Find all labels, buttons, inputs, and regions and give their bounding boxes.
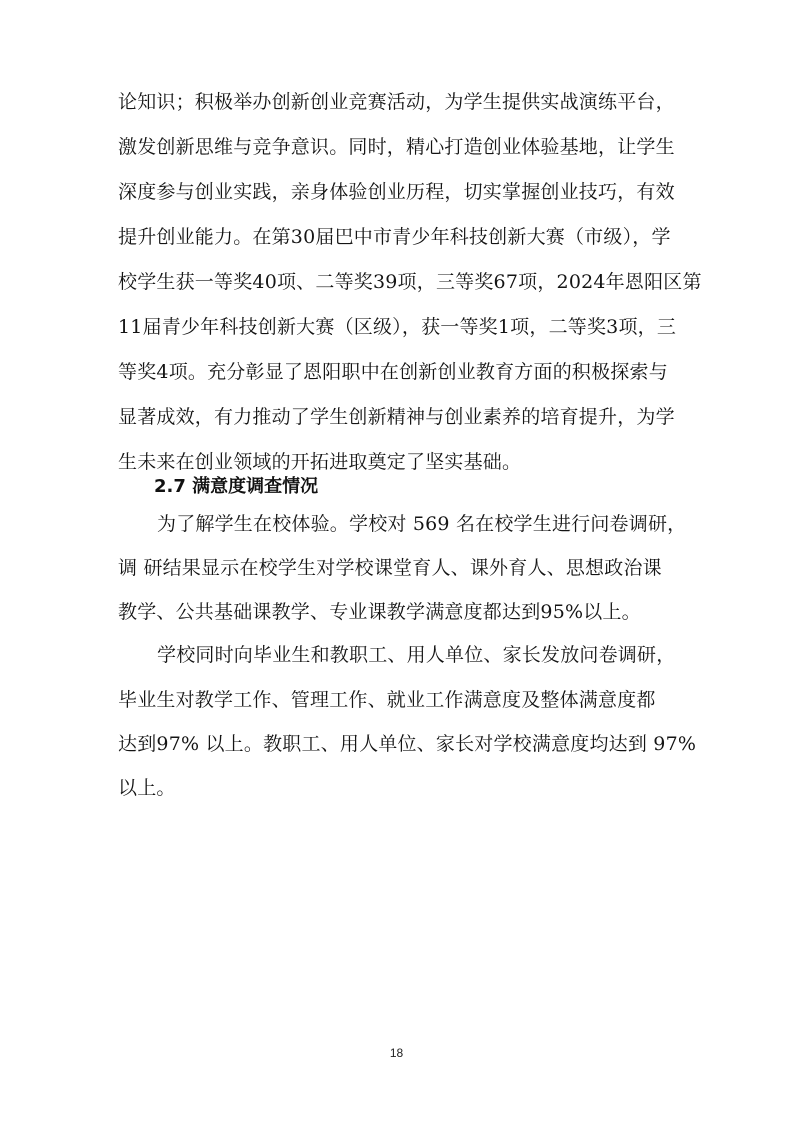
text-line: 论知识；积极举办创新创业竞赛活动，为学生提供实战演练平台， — [118, 90, 675, 114]
text-line: 调 研结果显示在校学生对学校课堂育人、课外育人、思想政治课 — [118, 556, 662, 580]
text-line: 提升创业能力。在第30届巴中市青少年科技创新大赛（市级），学 — [118, 225, 671, 249]
text-line: 毕业生对教学工作、管理工作、就业工作满意度及整体满意度都 — [118, 688, 656, 712]
text-line: 达到97% 以上。教职工、用人单位、家长对学校满意度均达到 97% — [118, 732, 696, 756]
text-line: 激发创新思维与竞争意识。同时，精心打造创业体验基地，让学生 — [118, 135, 675, 159]
text-line: 生未来在创业领域的开拓进取奠定了坚实基础。 — [118, 450, 521, 474]
text-line: 11届青少年科技创新大赛（区级），获一等奖1项，二等奖3项，三 — [118, 315, 676, 339]
text-line: 深度参与创业实践，亲身体验创业历程，切实掌握创业技巧，有效 — [118, 180, 675, 204]
document-page: 论知识；积极举办创新创业竞赛活动，为学生提供实战演练平台， 激发创新思维与竞争意… — [0, 0, 793, 1122]
text-line: 显著成效，有力推动了学生创新精神与创业素养的培育提升，为学 — [118, 405, 675, 429]
text-line: 等奖4项。充分彰显了恩阳职中在创新创业教育方面的积极探索与 — [118, 360, 668, 384]
text-line: 学校同时向毕业生和教职工、用人单位、家长发放问卷调研， — [157, 643, 675, 667]
text-line: 校学生获一等奖40项、二等奖39项，三等奖67项，2024年恩阳区第 — [118, 270, 702, 294]
page-number: 18 — [0, 1046, 793, 1060]
section-heading: 2.7 满意度调查情况 — [154, 472, 318, 498]
text-line: 为了解学生在校体验。学校对 569 名在校学生进行问卷调研， — [157, 512, 686, 536]
text-line: 教学、公共基础课教学、专业课教学满意度都达到95%以上。 — [118, 600, 641, 624]
text-line: 以上。 — [118, 776, 176, 800]
